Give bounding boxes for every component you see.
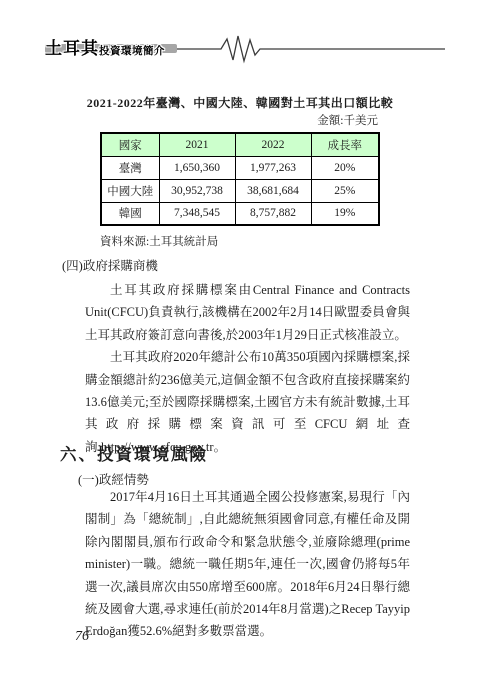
table-row-taiwan: 臺灣 1,650,360 1,977,263 20% [101, 156, 379, 179]
brand-subtitle: 投資環境簡介 [99, 45, 165, 57]
table-row-korea: 韓國 7,348,545 8,757,882 19% [101, 202, 379, 225]
table-cell: 臺灣 [101, 156, 159, 179]
table-cell: 中國大陸 [101, 179, 159, 202]
section-heading-risk: 六、投資環境風險 [60, 441, 208, 465]
table-cell: 38,681,684 [235, 179, 311, 202]
paragraph: 2017年4月16日土耳其通過全國公投修憲案,易現行「內閣制」為「總統制」,自此… [85, 486, 410, 643]
procurement-paragraphs: 土耳其政府採購標案由Central Finance and Contracts … [85, 279, 410, 458]
heartbeat-pulse-rule-icon [177, 33, 445, 65]
table-cell: 1,977,263 [235, 156, 311, 179]
risk-paragraphs: 2017年4月16日土耳其通過全國公投修憲案,易現行「內閣制」為「總統制」,自此… [85, 486, 410, 643]
page-number: 76 [75, 629, 89, 645]
table-cell: 7,348,545 [159, 202, 235, 225]
table-cell: 8,757,882 [235, 202, 311, 225]
unit-label: 金額:千美元 [317, 112, 378, 128]
paragraph: 土耳其政府採購標案由Central Finance and Contracts … [85, 279, 410, 346]
table-cell: 25% [311, 179, 379, 202]
table-cell: 1,650,360 [159, 156, 235, 179]
table-title: 2021-2022年臺灣、中國大陸、韓國對土耳其出口額比較 [0, 94, 480, 111]
document-page: 土耳其投資環境簡介 2021-2022年臺灣、中國大陸、韓國對土耳其出口額比較 … [0, 0, 480, 679]
brand-title-group: 土耳其投資環境簡介 [45, 41, 165, 58]
brand-title: 土耳其 [45, 39, 99, 58]
section-heading-procurement: (四)政府採購商機 [62, 256, 158, 274]
column-header-2022: 2022 [235, 133, 311, 156]
column-header-country: 國家 [101, 133, 159, 156]
export-comparison-table: 國家 2021 2022 成長率 臺灣 1,650,360 1,977,263 … [100, 132, 380, 226]
header-brand: 土耳其投資環境簡介 [45, 34, 165, 59]
table-source-note: 資料來源:土耳其統計局 [100, 233, 218, 249]
column-header-2021: 2021 [159, 133, 235, 156]
table-row-china: 中國大陸 30,952,738 38,681,684 25% [101, 179, 379, 202]
table-header-row: 國家 2021 2022 成長率 [101, 133, 379, 156]
table-cell: 20% [311, 156, 379, 179]
table-cell: 30,952,738 [159, 179, 235, 202]
column-header-growth: 成長率 [311, 133, 379, 156]
table-cell: 韓國 [101, 202, 159, 225]
table-cell: 19% [311, 202, 379, 225]
